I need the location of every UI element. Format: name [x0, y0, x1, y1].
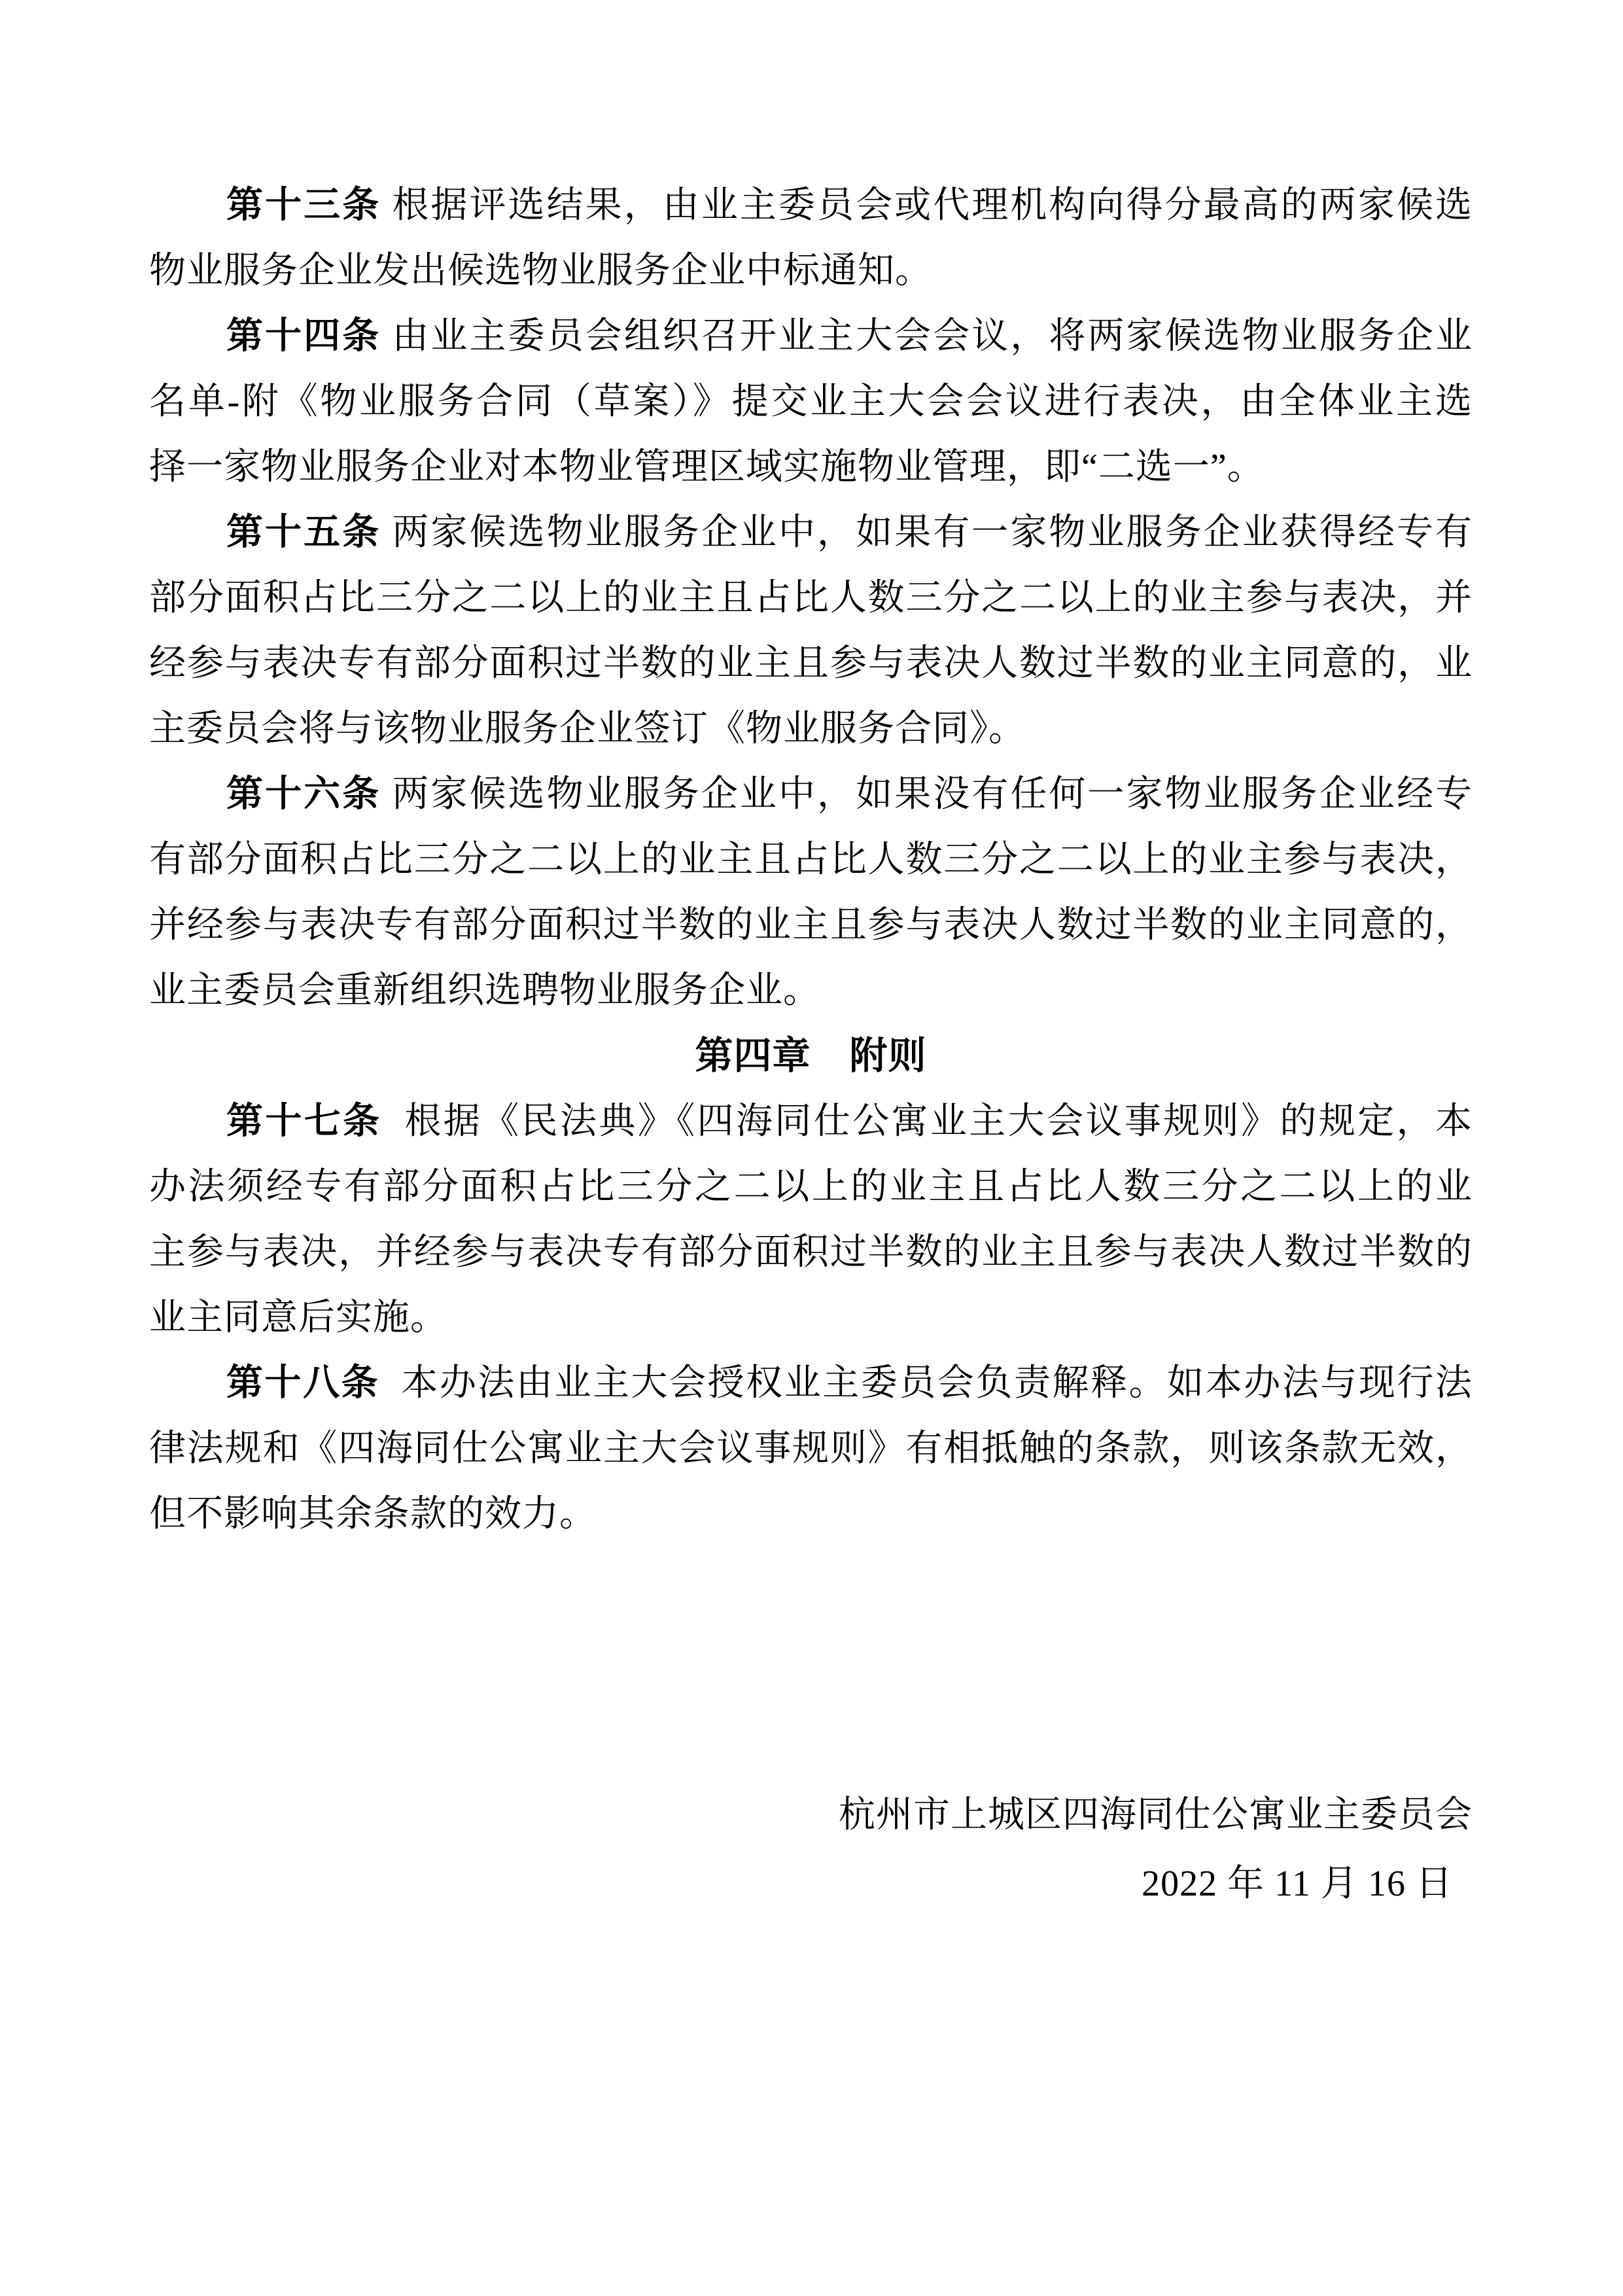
body-line: 部分面积占比三分之二以上的业主且占比人数三分之二以上的业主参与表决，并	[149, 565, 1473, 631]
body-line: 有部分面积占比三分之二以上的业主且占比人数三分之二以上的业主参与表决，	[149, 827, 1473, 892]
body-line: 第十三条 根据评选结果，由业主委员会或代理机构向得分最高的两家候选	[149, 173, 1473, 238]
body-line: 第十八条 本办法由业主大会授权业主委员会负责解释。如本办法与现行法	[149, 1351, 1473, 1416]
article-number: 第十五条	[226, 512, 381, 553]
body-line: 并经参与表决专有部分面积过半数的业主且参与表决人数过半数的业主同意的，	[149, 892, 1473, 958]
body-line: 但不影响其余条款的效力。	[149, 1481, 1473, 1547]
body-line: 主委员会将与该物业服务企业签订《物业服务合同》。	[149, 696, 1473, 762]
article-number: 第十八条	[226, 1363, 379, 1404]
article-number: 第十七条	[226, 1101, 382, 1142]
article-number: 第十四条	[226, 316, 381, 357]
signature-date: 2022 年 11 月 16 日	[149, 1851, 1473, 1916]
body-line: 第十五条 两家候选物业服务企业中，如果有一家物业服务企业获得经专有	[149, 500, 1473, 565]
body-line: 业主委员会重新组织选聘物业服务企业。	[149, 958, 1473, 1023]
body-line: 律法规和《四海同仕公寓业主大会议事规则》有相抵触的条款，则该条款无效，	[149, 1416, 1473, 1481]
body-line: 物业服务企业发出候选物业服务企业中标通知。	[149, 238, 1473, 304]
body-line: 经参与表决专有部分面积过半数的业主且参与表决人数过半数的业主同意的，业	[149, 631, 1473, 696]
body-line: 办法须经专有部分面积占比三分之二以上的业主且占比人数三分之二以上的业	[149, 1154, 1473, 1220]
signature: 杭州市上城区四海同仕公寓业主委员会	[149, 1782, 1473, 1848]
body-line: 业主同意后实施。	[149, 1285, 1473, 1351]
document-page: 第十三条 根据评选结果，由业主委员会或代理机构向得分最高的两家候选物业服务企业发…	[0, 0, 1623, 2296]
body-line: 主参与表决，并经参与表决专有部分面积过半数的业主且参与表决人数过半数的	[149, 1220, 1473, 1285]
body-line: 第十六条 两家候选物业服务企业中，如果没有任何一家物业服务企业经专	[149, 762, 1473, 827]
document-body: 第十三条 根据评选结果，由业主委员会或代理机构向得分最高的两家候选物业服务企业发…	[149, 173, 1473, 1547]
article-number: 第十三条	[226, 185, 381, 226]
article-number: 第十六条	[226, 774, 381, 815]
signature-block: 杭州市上城区四海同仕公寓业主委员会 2022 年 11 月 16 日	[149, 1782, 1473, 1916]
body-line: 第十七条 根据《民法典》《四海同仕公寓业主大会议事规则》的规定，本	[149, 1089, 1473, 1154]
body-line: 择一家物业服务企业对本物业管理区域实施物业管理，即“二选一”。	[149, 434, 1473, 500]
body-line: 名单-附《物业服务合同（草案）》提交业主大会会议进行表决，由全体业主选	[149, 369, 1473, 434]
body-line: 第十四条 由业主委员会组织召开业主大会会议，将两家候选物业服务企业	[149, 304, 1473, 369]
chapter-heading: 第四章 附则	[149, 1023, 1473, 1089]
